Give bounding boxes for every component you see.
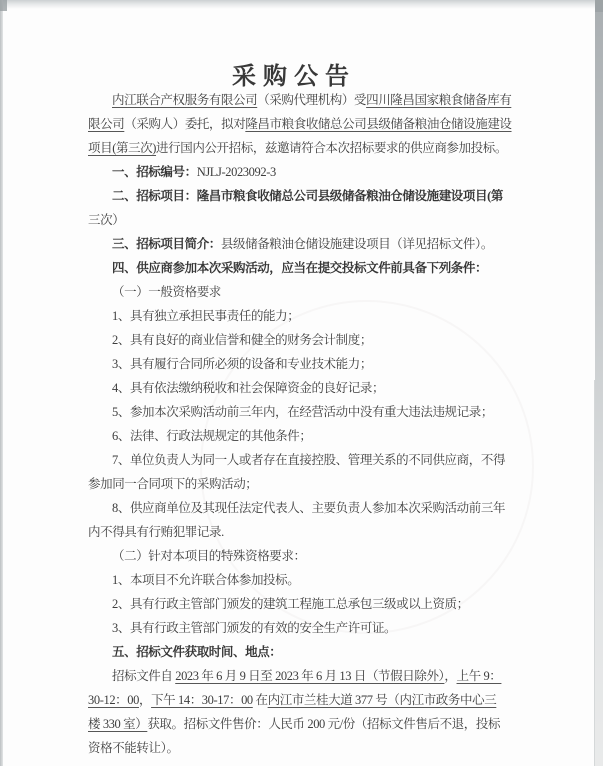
doc-line: 内江联合产权服务有限公司（采购代理机构）受四川隆昌国家粮食储备库有 xyxy=(88,88,558,112)
text-segment: 隆昌市粮食收储总公司县级储备粮油仓储设施建设项目(第 xyxy=(197,189,503,203)
text-segment: 进行国内公开招标，兹邀请符合本次招标要求的供应商参加投标。 xyxy=(156,141,507,155)
text-segment: 四、供应商参加本次采购活动，应当在提交投标文件前具备下列条件： xyxy=(112,261,487,275)
underlined-text: 隆昌市粮食收储总公司县级储备粮油仓储设施建设 xyxy=(245,117,511,131)
text-segment: 6、法律、行政法规规定的其他条件； xyxy=(112,429,311,443)
doc-line: 内不得具有行贿犯罪记录. xyxy=(88,520,558,544)
text-segment: 二、招标项目： xyxy=(112,189,197,203)
text-segment: ， xyxy=(444,669,456,683)
underlined-text: 2023 年 6 月 9 日至 2023 年 6 月 13 日（节假日除外） xyxy=(175,669,444,683)
doc-line: 三次） xyxy=(88,208,558,232)
text-segment: 在 xyxy=(253,693,268,707)
scan-corner-top-right xyxy=(595,0,603,12)
doc-line: 4、具有依法缴纳税收和社会保障资金的良好记录； xyxy=(88,376,558,400)
text-segment: 内不得具有行贿犯罪记录. xyxy=(88,525,224,539)
doc-line: 楼 330 室）获取。招标文件售价：人民币 200 元/份（招标文件售后不退，投… xyxy=(88,712,558,736)
underlined-text: 内江市兰桂大道 377 号（内江市政务中心三 xyxy=(268,693,497,707)
doc-line: 资格不能转让）。 xyxy=(88,736,558,760)
text-segment: （二）针对本项目的特殊资格要求： xyxy=(112,549,306,563)
text-segment: 1、具有独立承担民事责任的能力； xyxy=(112,309,299,323)
text-segment: 5、参加本次采购活动前三年内，在经营活动中没有重大违法违规记录； xyxy=(112,405,493,419)
doc-line: 五、招标文件获取时间、地点： xyxy=(88,640,558,664)
scanned-document-page: 采购公告 内江联合产权服务有限公司（采购代理机构）受四川隆昌国家粮食储备库有限公… xyxy=(0,0,603,766)
doc-line: 四、供应商参加本次采购活动，应当在提交投标文件前具备下列条件： xyxy=(88,256,558,280)
text-segment: 参加同一合同项下的采购活动； xyxy=(88,477,257,491)
text-segment: NJLJ-2023092-3 xyxy=(197,165,276,179)
doc-line: 3、具有行政主管部门颁发的有效的安全生产许可证。 xyxy=(88,616,558,640)
underlined-text: 内江联合产权服务有限公司 xyxy=(112,93,257,107)
doc-line: （二）针对本项目的特殊资格要求： xyxy=(88,544,558,568)
doc-line: 5、参加本次采购活动前三年内，在经营活动中没有重大违法违规记录； xyxy=(88,400,558,424)
underlined-text: 30-12：00 xyxy=(88,693,139,707)
text-segment: （采购代理机构）受 xyxy=(257,93,366,107)
text-segment: 3、具有行政主管部门颁发的有效的安全生产许可证。 xyxy=(112,621,396,635)
doc-line: 1、具有独立承担民事责任的能力； xyxy=(88,304,558,328)
text-segment: 2、具有良好的商业信誉和健全的财务会计制度； xyxy=(112,333,372,347)
text-segment: 8、供应商单位及其现任法定代表人、主要负责人参加本次采购活动前三年 xyxy=(112,501,505,515)
underlined-text: 四川隆昌国家粮食储备库有 xyxy=(366,93,511,107)
doc-line: （一）一般资格要求 xyxy=(88,280,558,304)
doc-line: 6、法律、行政法规规定的其他条件； xyxy=(88,424,558,448)
screenshot-root: { "document": { "title": "采购公告", "lines"… xyxy=(0,0,603,766)
doc-line: 限公司（采购人）委托，拟对隆昌市粮食收储总公司县级储备粮油仓储设施建设 xyxy=(88,112,558,136)
doc-line: 8、供应商单位及其现任法定代表人、主要负责人参加本次采购活动前三年 xyxy=(88,496,558,520)
text-segment: 三次） xyxy=(88,213,124,227)
scan-edge-top xyxy=(0,0,603,9)
doc-line: 7、单位负责人为同一人或者存在直接控股、管理关系的不同供应商，不得 xyxy=(88,448,558,472)
doc-line: 项目(第三次)进行国内公开招标，兹邀请符合本次招标要求的供应商参加投标。 xyxy=(88,136,558,160)
text-segment: 县级储备粮油仓储设施建设项目（详见招标文件）。 xyxy=(221,237,493,251)
doc-line: 2、具有良好的商业信誉和健全的财务会计制度； xyxy=(88,328,558,352)
text-segment: 招标文件自 xyxy=(112,669,175,683)
text-segment: ， xyxy=(139,693,151,707)
doc-line: 参加同一合同项下的采购活动； xyxy=(88,472,558,496)
underlined-text: 项目(第三次) xyxy=(88,141,156,155)
document-title: 采购公告 xyxy=(88,56,500,88)
text-segment: 三、招标项目简介： xyxy=(112,237,221,251)
text-segment: （一）一般资格要求 xyxy=(112,285,221,299)
underlined-text: 限公司 xyxy=(88,117,124,131)
text-segment: 获取。招标文件售价：人民币 200 元/份（招标文件售后不退，投标 xyxy=(147,717,500,731)
doc-line: 3、具有履行合同所必须的设备和专业技术能力； xyxy=(88,352,558,376)
doc-line: 二、招标项目：隆昌市粮食收储总公司县级储备粮油仓储设施建设项目(第 xyxy=(88,184,558,208)
text-segment: 一、招标编号： xyxy=(112,165,197,179)
text-segment: 3、具有履行合同所必须的设备和专业技术能力； xyxy=(112,357,372,371)
text-segment: 1、本项目不允许联合体参加投标。 xyxy=(112,573,299,587)
underlined-text: 上午 9： xyxy=(457,669,502,683)
doc-line: 1、本项目不允许联合体参加投标。 xyxy=(88,568,558,592)
document-body: 内江联合产权服务有限公司（采购代理机构）受四川隆昌国家粮食储备库有限公司（采购人… xyxy=(88,88,558,760)
text-segment: 2、具有行政主管部门颁发的建筑工程施工总承包三级或以上资质； xyxy=(112,597,469,611)
doc-line: 30-12：00，下午 14：30-17：00 在内江市兰桂大道 377 号（内… xyxy=(88,688,558,712)
scan-edge-left xyxy=(0,0,3,766)
doc-line: 三、招标项目简介：县级储备粮油仓储设施建设项目（详见招标文件）。 xyxy=(88,232,558,256)
doc-line: 一、招标编号：NJLJ-2023092-3 xyxy=(88,160,558,184)
underlined-text: 下午 14：30-17：00 xyxy=(151,693,253,707)
doc-line: 招标文件自 2023 年 6 月 9 日至 2023 年 6 月 13 日（节假… xyxy=(88,664,558,688)
underlined-text: 楼 330 室） xyxy=(88,717,147,731)
text-segment: 7、单位负责人为同一人或者存在直接控股、管理关系的不同供应商，不得 xyxy=(112,453,505,467)
scan-corner-top-left xyxy=(0,0,7,11)
text-segment: （采购人）委托，拟对 xyxy=(124,117,245,131)
text-segment: 4、具有依法缴纳税收和社会保障资金的良好记录； xyxy=(112,381,384,395)
scan-edge-right-line xyxy=(594,380,595,766)
scan-edge-right xyxy=(595,0,603,766)
text-segment: 资格不能转让）。 xyxy=(88,741,179,755)
doc-line: 2、具有行政主管部门颁发的建筑工程施工总承包三级或以上资质； xyxy=(88,592,558,616)
text-segment: 五、招标文件获取时间、地点： xyxy=(112,645,281,659)
